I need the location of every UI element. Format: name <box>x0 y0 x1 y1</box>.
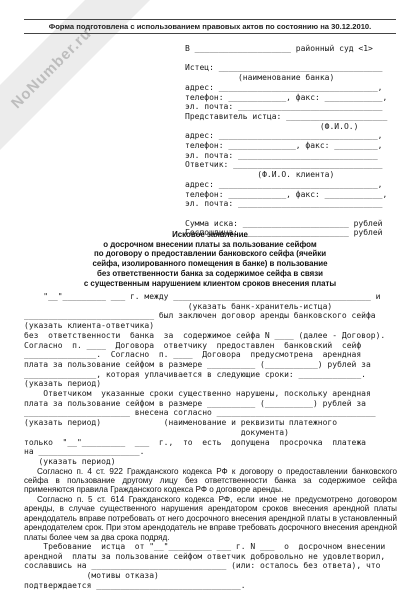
prepared-notice-text: Форма подготовлена с использованием прав… <box>49 22 372 31</box>
legal-paragraph: Согласно п. 5 ст. 614 Гражданского кодек… <box>24 495 397 542</box>
body-line: (указать период) (наименование и реквизи… <box>24 418 397 428</box>
body-line: (мотивы отказа) <box>24 571 397 581</box>
document-body: "__"_________ ___ г. между _____________… <box>24 292 397 590</box>
form-line: (Ф.И.О. клиента) <box>185 170 387 180</box>
title-line: о досрочном внесении платы за пользовани… <box>24 240 396 250</box>
title-line: Исковое заявление <box>24 230 396 240</box>
form-line: адрес: _________________________________… <box>185 131 387 141</box>
body-line: плата за пользование сейфом в размере __… <box>24 360 397 370</box>
body-line: подтверждается _________________________… <box>24 581 397 591</box>
body-line: документа) <box>24 428 397 438</box>
body-line: "__"_________ ___ г. между _____________… <box>24 292 397 302</box>
body-line: Ответчиком указанные сроки существенно н… <box>24 389 397 399</box>
document-page: NoNumber.ru Форма подготовлена с использ… <box>0 0 420 600</box>
title-line: по договору о предоставлении банковского… <box>24 249 396 259</box>
body-line: _______________, которая уплачивается в … <box>24 370 397 380</box>
form-line: Представитель истца: ___________________… <box>185 112 387 122</box>
form-line: (Ф.И.О.) <box>185 122 387 132</box>
form-line: адрес: _________________________________… <box>185 180 387 190</box>
body-line: Согласно п. ____ Договора ответчику пред… <box>24 341 397 351</box>
body-line: _______________. Согласно п. ____ Догово… <box>24 350 397 360</box>
body-line: (указать банк-хранитель-истца) <box>24 302 397 312</box>
form-line: адрес: _________________________________… <box>185 83 387 93</box>
court-and-parties-block: В ____________________ районный суд <1>И… <box>185 44 387 238</box>
form-line: телефон: ______________, факс: _________… <box>185 141 387 151</box>
form-line: телефон: ____________, факс: ___________… <box>185 93 387 103</box>
form-line: В ____________________ районный суд <1> <box>185 44 387 54</box>
body-line: арендной платы за пользование сейфом отв… <box>24 552 397 562</box>
document-title: Исковое заявлениео досрочном внесении пл… <box>24 230 396 288</box>
form-line: Истец: _________________________________… <box>185 63 387 73</box>
body-line: сославшись на __________________________… <box>24 561 397 571</box>
body-line: ______________________ внесена согласно … <box>24 408 397 418</box>
form-line: эл. почта: _____________________________… <box>185 199 387 209</box>
title-line: с существенным нарушением клиентом сроко… <box>24 279 396 289</box>
body-line: плата за пользование сейфом в размере __… <box>24 399 397 409</box>
body-line: (указать клиента-ответчика) <box>24 321 397 331</box>
title-line: сейфа, изолированного помещения в банке)… <box>24 259 396 269</box>
form-line: эл. почта: _____________________________ <box>185 151 387 161</box>
legal-citations: Согласно п. 4 ст. 922 Гражданского кодек… <box>24 467 397 542</box>
prepared-notice: Форма подготовлена с использованием прав… <box>24 19 396 34</box>
form-line <box>185 54 387 64</box>
body-line: только "__"_________ ___ г., то есть доп… <box>24 438 397 448</box>
form-line: Ответчик: ______________________________… <box>185 160 387 170</box>
body-line: Требование истца от "__"_________ ___ г.… <box>24 542 397 552</box>
form-line <box>185 209 387 219</box>
body-line: ___________________________ был заключен… <box>24 311 397 321</box>
title-line: без ответственности банка за содержимое … <box>24 269 396 279</box>
form-line: эл. почта: _____________________________… <box>185 102 387 112</box>
opening-paragraph: "__"_________ ___ г. между _____________… <box>24 292 397 467</box>
body-line: без ответственности банка за содержимое … <box>24 331 397 341</box>
body-line: (указать период) <box>24 457 397 467</box>
body-line: (указать период) <box>24 379 397 389</box>
form-line: (наименование банка) <box>185 73 387 83</box>
legal-paragraph: Согласно п. 4 ст. 922 Гражданского кодек… <box>24 467 397 495</box>
body-line: на _____________________. <box>24 447 397 457</box>
form-line: Сумма иска: ______________________ рубле… <box>185 219 387 229</box>
form-line: телефон: ____________, факс: ___________… <box>185 190 387 200</box>
closing-paragraph: Требование истца от "__"_________ ___ г.… <box>24 542 397 591</box>
